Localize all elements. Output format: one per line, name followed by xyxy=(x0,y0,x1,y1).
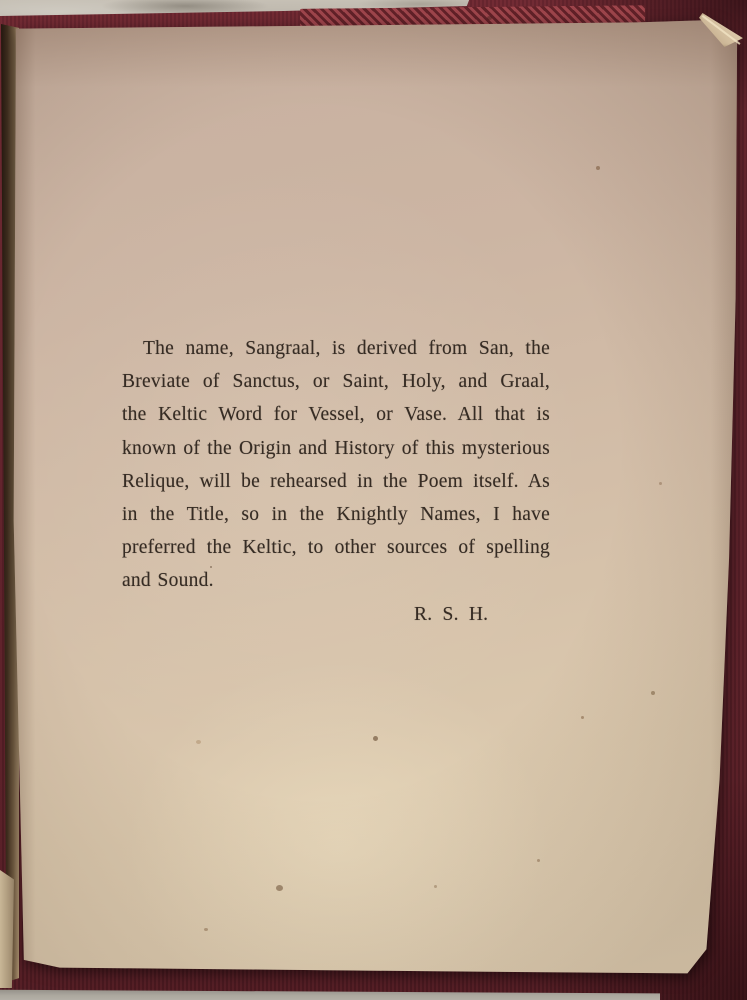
note-line: in the Title, so in the Knightly Names, … xyxy=(122,498,550,531)
note-line: and Sound. xyxy=(122,564,550,597)
preface-note: The name, Sangraal, is derived from San,… xyxy=(122,332,550,631)
photo-of-open-book: The name, Sangraal, is derived from San,… xyxy=(0,0,747,1000)
note-line: known of the Origin and History of this … xyxy=(122,432,550,465)
note-line: Relique, will be rehearsed in the Poem i… xyxy=(122,465,550,498)
note-line: Breviate of Sanctus, or Saint, Holy, and… xyxy=(122,365,550,398)
note-line: preferred the Keltic, to other sources o… xyxy=(122,531,550,564)
note-line: The name, Sangraal, is derived from San,… xyxy=(122,332,550,365)
note-line: the Keltic Word for Vessel, or Vase. All… xyxy=(122,398,550,431)
author-initials: R. S. H. xyxy=(122,598,550,631)
